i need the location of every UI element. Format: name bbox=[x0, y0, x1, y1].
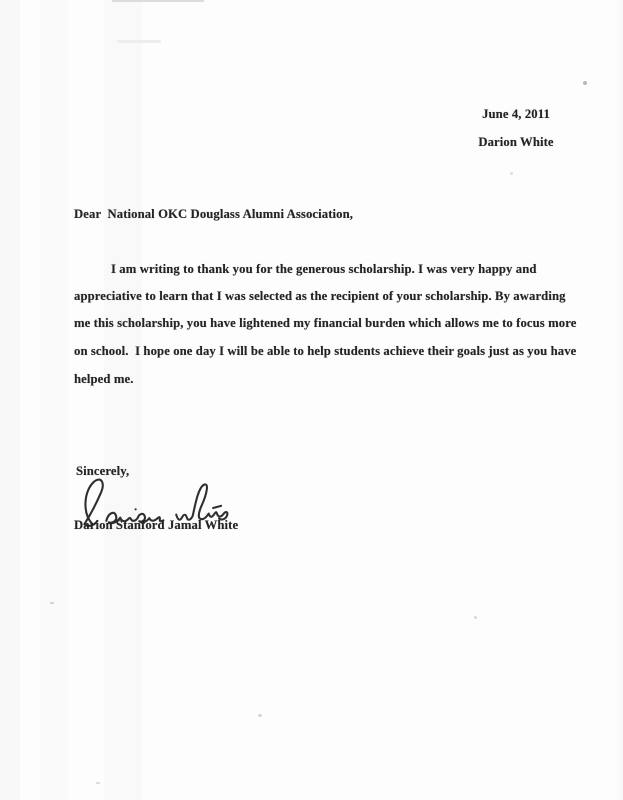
body-line-4: on school. I hope one day I will be able… bbox=[74, 344, 576, 359]
scan-streak-artifact bbox=[117, 40, 161, 43]
scan-speck bbox=[510, 172, 513, 175]
letter-date: June 4, 2011 bbox=[420, 107, 612, 122]
salutation: Dear National OKC Douglass Alumni Associ… bbox=[74, 207, 353, 222]
body-line-2: appreciative to learn that I was selecte… bbox=[74, 289, 566, 304]
scanned-letter-page: June 4, 2011 Darion White Dear National … bbox=[0, 0, 623, 800]
scan-speck bbox=[96, 782, 100, 784]
typed-signature-name: Darion Stanford Jamal White bbox=[74, 518, 238, 533]
scan-speck bbox=[474, 616, 477, 619]
scan-speck bbox=[583, 81, 587, 85]
body-line-3: me this scholarship, you have lightened … bbox=[74, 316, 576, 331]
body-line-1: I am writing to thank you for the genero… bbox=[111, 262, 537, 277]
body-line-5: helped me. bbox=[74, 372, 134, 387]
letter-author: Darion White bbox=[420, 135, 612, 150]
scan-speck bbox=[50, 602, 54, 604]
scan-speck bbox=[258, 714, 262, 717]
scan-edge-artifact bbox=[112, 0, 204, 2]
